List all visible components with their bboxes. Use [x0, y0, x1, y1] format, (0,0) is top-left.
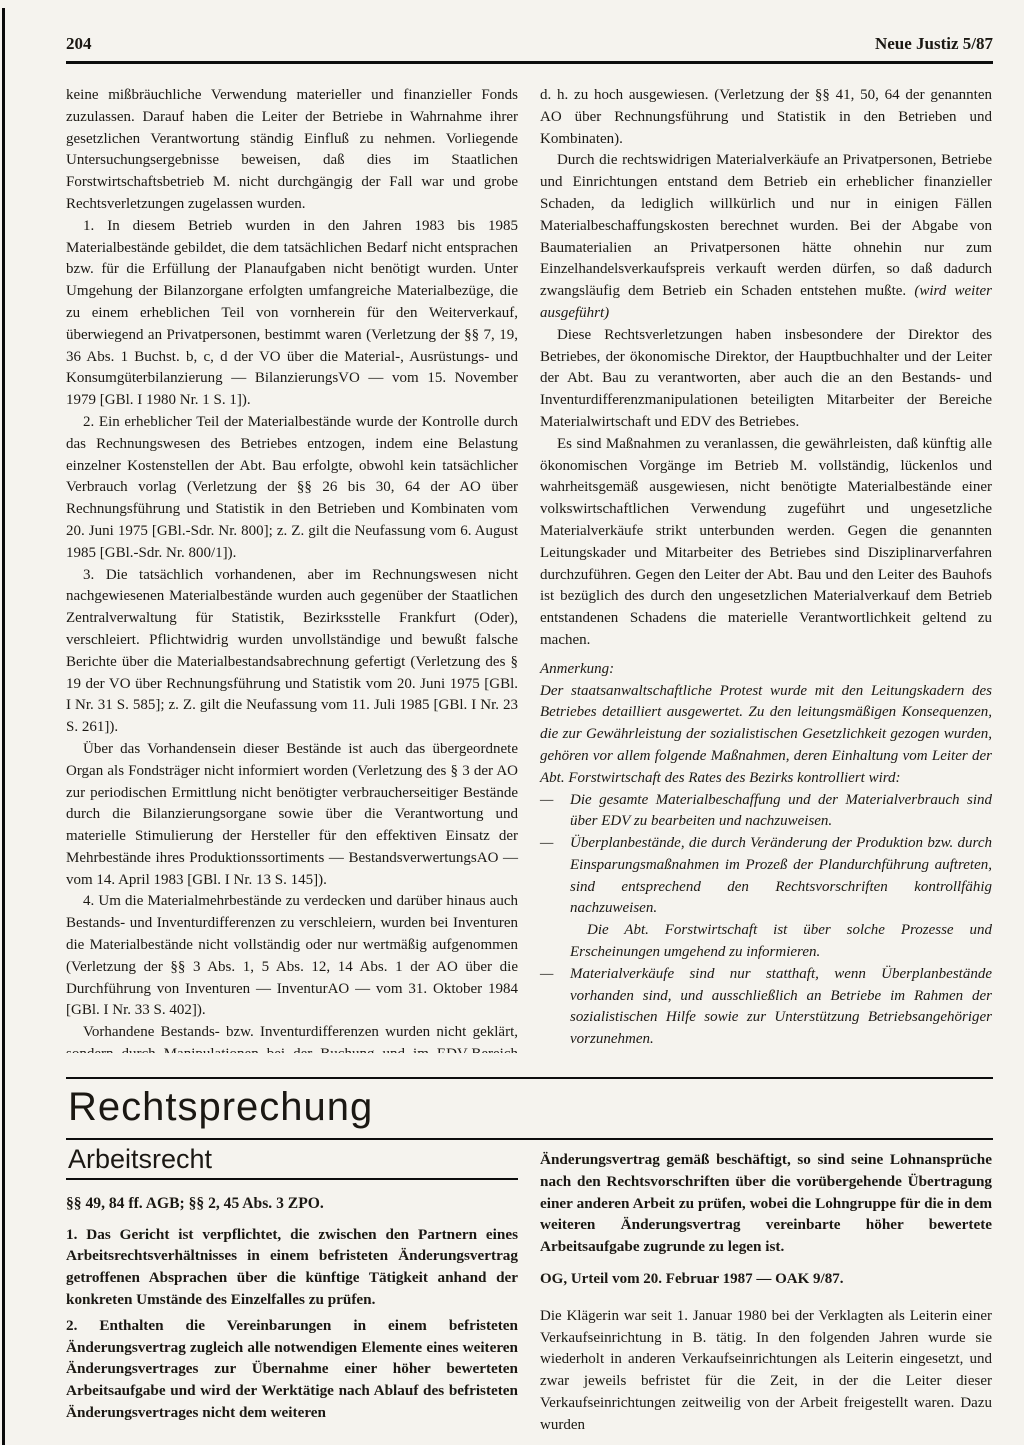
article-paragraph: Durch die rechtswidrigen Materialverkäuf…: [540, 150, 992, 324]
rechtsprechung-column-left: Arbeitsrecht §§ 49, 84 ff. AGB; §§ 2, 45…: [66, 1149, 518, 1437]
article-paragraph: Diese Rechtsverletzungen haben insbesond…: [540, 325, 992, 434]
rechtsprechung-column-right: Änderungsvertrag gemäß beschäftigt, so s…: [540, 1149, 992, 1437]
dash-marker: —: [540, 833, 553, 855]
dash-marker: —: [540, 790, 553, 812]
article-paragraph: d. h. zu hoch ausgewiesen. (Verletzung d…: [540, 85, 992, 150]
article-column-left: keine mißbräuchliche Verwendung materiel…: [66, 85, 518, 1053]
article-column-right: d. h. zu hoch ausgewiesen. (Verletzung d…: [540, 85, 992, 1053]
headnote-1: 1. Das Gericht ist verpflichtet, die zwi…: [66, 1224, 518, 1311]
journal-title: Neue Justiz 5/87: [875, 34, 993, 54]
annotation-label: Anmerkung:: [540, 659, 992, 681]
section-title: Rechtsprechung: [66, 1079, 993, 1138]
page-header: 204 Neue Justiz 5/87: [66, 34, 993, 64]
annotation-item-text: Überplanbestände, die durch Veränderung …: [570, 833, 992, 920]
article-paragraph: 2. Ein erheblicher Teil der Materialbest…: [66, 412, 518, 565]
article-paragraph: 1. In diesem Betrieb wurden in den Jahre…: [66, 216, 518, 412]
annotation-item-text: Materialverkäufe sind nur statthaft, wen…: [570, 964, 992, 1051]
annotation-section: Anmerkung: Der staatsanwaltschaftliche P…: [540, 659, 992, 1053]
rechtsprechung-body: Arbeitsrecht §§ 49, 84 ff. AGB; §§ 2, 45…: [66, 1149, 993, 1437]
page-number: 204: [66, 34, 92, 54]
judgment-reference: OG, Urteil vom 20. Februar 1987 — OAK 9/…: [540, 1269, 992, 1291]
annotation-paragraph: Mit den vom Staatsanwalt verlangten Disz…: [540, 1051, 992, 1053]
annotation-item-note: Die Abt. Forstwirtschaft ist über solche…: [570, 920, 992, 964]
rechtsprechung-section: Rechtsprechung Arbeitsrecht §§ 49, 84 ff…: [66, 1077, 993, 1437]
annotation-list-item: — Materialverkäufe sind nur statthaft, w…: [540, 964, 992, 1051]
case-facts: Die Klägerin war seit 1. Januar 1980 bei…: [540, 1306, 992, 1437]
journal-page: 204 Neue Justiz 5/87 keine mißbräuchlich…: [0, 0, 1024, 1437]
section-rule-bottom: [66, 1138, 993, 1140]
headnote-2-continuation: Änderungsvertrag gemäß beschäftigt, so s…: [540, 1149, 992, 1258]
dash-marker: —: [540, 964, 553, 986]
headnote-2: 2. Enthalten die Vereinbarungen in einem…: [66, 1315, 518, 1424]
article-paragraph: 4. Um die Materialmehrbestände zu verdec…: [66, 891, 518, 1022]
paragraph-text: Durch die rechtswidrigen Materialverkäuf…: [540, 152, 992, 299]
annotation-list-item: — Die gesamte Materialbeschaffung und de…: [540, 790, 992, 834]
article-body: keine mißbräuchliche Verwendung materiel…: [66, 85, 993, 1053]
subsection-title: Arbeitsrecht: [66, 1149, 518, 1180]
article-paragraph: Es sind Maßnahmen zu veranlassen, die ge…: [540, 434, 992, 652]
article-paragraph: keine mißbräuchliche Verwendung materiel…: [66, 85, 518, 216]
statutes-reference: §§ 49, 84 ff. AGB; §§ 2, 45 Abs. 3 ZPO.: [66, 1193, 518, 1215]
article-paragraph: Vorhandene Bestands- bzw. Inventurdiffer…: [66, 1022, 518, 1053]
article-paragraph: 3. Die tatsächlich vorhandenen, aber im …: [66, 565, 518, 739]
annotation-list-item: — Überplanbestände, die durch Veränderun…: [540, 833, 992, 964]
annotation-paragraph: Der staatsanwaltschaftliche Protest wurd…: [540, 681, 992, 790]
article-paragraph: Über das Vorhandensein dieser Bestände i…: [66, 739, 518, 892]
annotation-item-text: Die gesamte Materialbeschaffung und der …: [570, 790, 992, 834]
scan-edge-artifact: [2, 8, 5, 1445]
